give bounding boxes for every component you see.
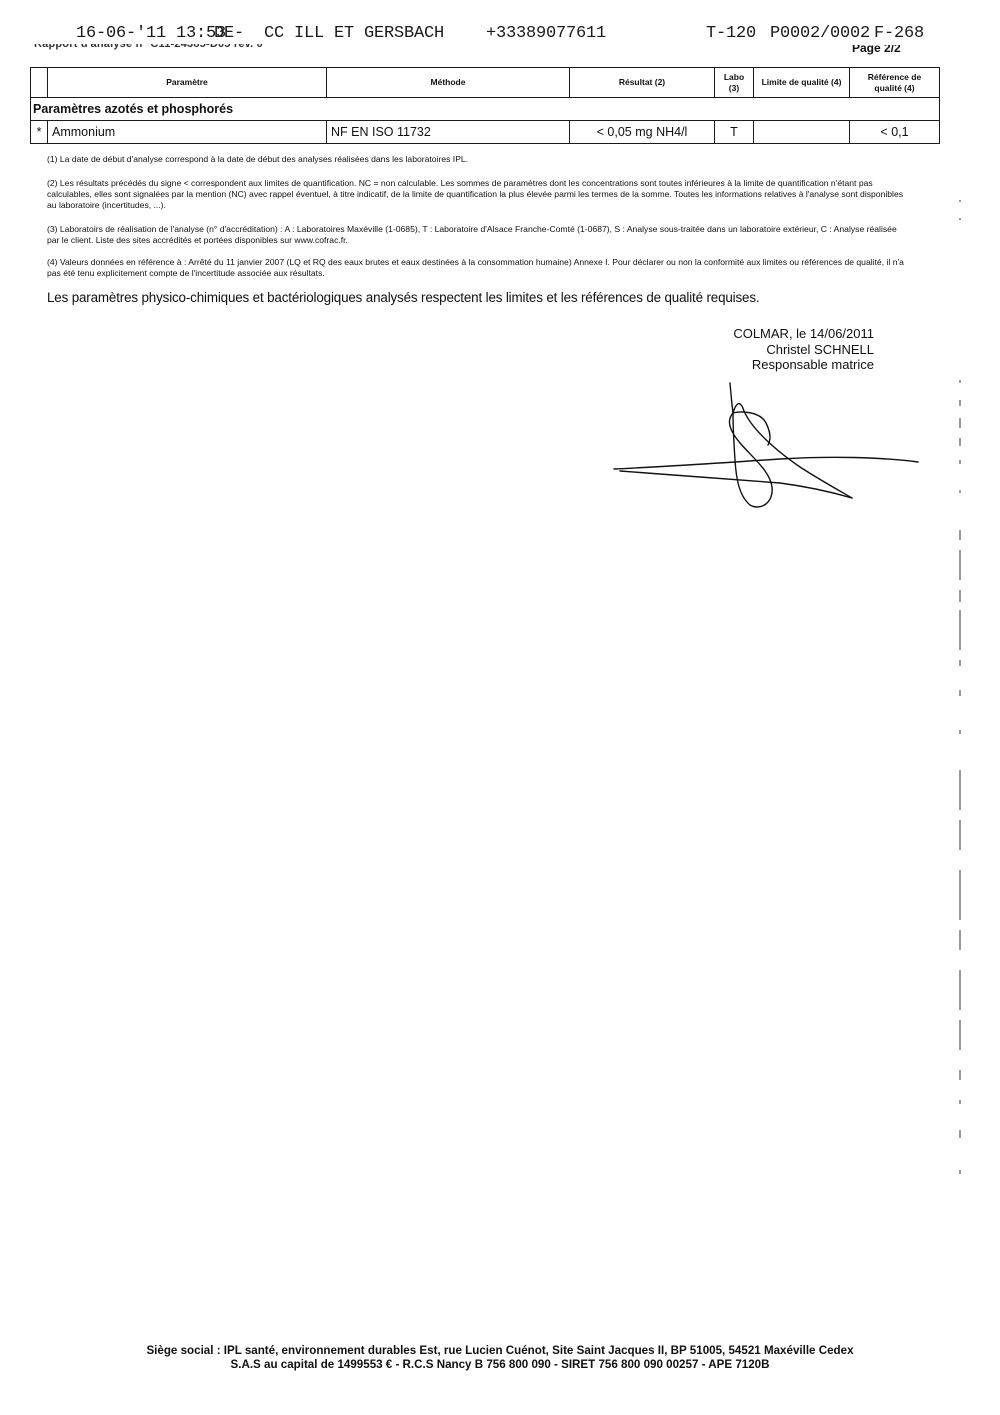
footnote-2: (2) Les résultats précédés du signe < co…	[47, 178, 907, 211]
fax-sender: DE- CC ILL ET GERSBACH	[214, 24, 444, 43]
footer-legal: S.A.S au capital de 1499553 € - R.C.S Na…	[0, 1358, 1000, 1372]
fax-form-code: F-268	[874, 24, 924, 43]
fax-datetime: 16-06-'11 13:53	[76, 24, 226, 43]
section-row: Paramètres azotés et phosphorés	[31, 98, 940, 121]
fax-tx-code: T-120	[706, 24, 756, 43]
signature-block: COLMAR, le 14/06/2011 Christel SCHNELL R…	[733, 326, 874, 373]
row-parameter: Ammonium	[48, 121, 327, 144]
fax-phone: +33389077611	[486, 24, 606, 43]
handwritten-signature-icon	[600, 375, 930, 515]
scan-margin-marks-icon	[958, 170, 962, 1230]
header-labo: Labo (3)	[715, 68, 754, 98]
signature-role: Responsable matrice	[733, 357, 874, 373]
footnote-1: (1) La date de début d'analyse correspon…	[47, 154, 907, 165]
header-resultat: Résultat (2)	[570, 68, 715, 98]
header-flag	[31, 68, 48, 98]
row-flag: *	[31, 121, 48, 144]
conclusion-text: Les paramètres physico-chimiques et bact…	[47, 290, 759, 305]
row-labo: T	[715, 121, 754, 144]
report-reference: Rapport d'analyse n° C11-24385-D05 rév. …	[34, 44, 263, 53]
table-row: * Ammonium NF EN ISO 11732 < 0,05 mg NH4…	[31, 121, 940, 144]
header-parametre: Paramètre	[48, 68, 327, 98]
section-title: Paramètres azotés et phosphorés	[31, 98, 940, 121]
row-method: NF EN ISO 11732	[327, 121, 570, 144]
header-reference: Référence de qualité (4)	[850, 68, 940, 98]
results-table: Paramètre Méthode Résultat (2) Labo (3) …	[30, 67, 940, 144]
signature-name: Christel SCHNELL	[733, 342, 874, 358]
row-reference: < 0,1	[850, 121, 940, 144]
page-number: Page 2/2	[852, 45, 901, 56]
fax-page-code: P0002/0002	[770, 24, 870, 43]
footnote-3: (3) Laboratoirs de réalisation de l'anal…	[47, 224, 907, 246]
header-methode: Méthode	[327, 68, 570, 98]
footnote-4: (4) Valeurs données en référence à : Arr…	[47, 257, 907, 279]
footer-address: Siège social : IPL santé, environnement …	[0, 1344, 1000, 1358]
table-header-row: Paramètre Méthode Résultat (2) Labo (3) …	[31, 68, 940, 98]
row-limite	[754, 121, 850, 144]
row-result: < 0,05 mg NH4/l	[570, 121, 715, 144]
header-limite: Limite de qualité (4)	[754, 68, 850, 98]
signature-place-date: COLMAR, le 14/06/2011	[733, 326, 874, 342]
